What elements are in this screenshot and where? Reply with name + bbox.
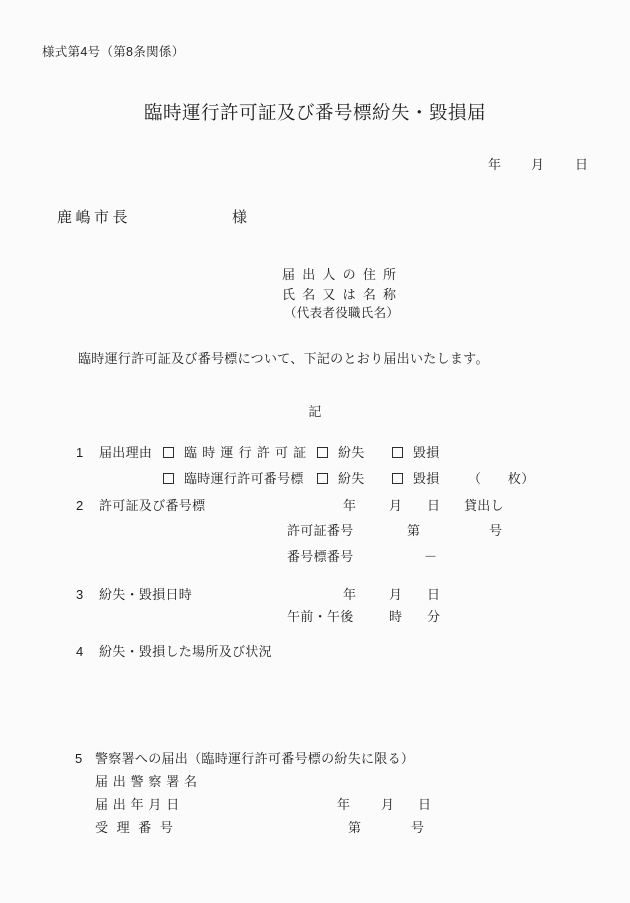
date-month-label: 月 <box>531 157 544 172</box>
item5-number: 5 <box>75 751 83 766</box>
item1-row1-option2-label: 紛失 <box>338 445 365 460</box>
body-text: 臨時運行許可証及び番号標について、下記のとおり届出いたします。 <box>78 351 489 366</box>
item3-hour-label: 時 <box>389 609 402 624</box>
item4-number: 4 <box>76 644 84 659</box>
item5-day-label: 日 <box>418 797 431 812</box>
item1-row1-option1-label: 臨 時 運 行 許 可 証 <box>184 445 307 460</box>
item2-year-label: 年 <box>343 498 356 513</box>
applicant-address-label: 届 出 人 の 住 所 <box>282 267 398 282</box>
item2-day-label: 日 <box>427 498 440 513</box>
item3-ampm-label: 午前・午後 <box>287 609 354 624</box>
item1-row1-option3-label: 毀損 <box>413 445 440 460</box>
item2-number: 2 <box>76 498 84 513</box>
item3-year-label: 年 <box>343 587 356 602</box>
item3-minute-label: 分 <box>427 609 440 624</box>
checkbox-icon <box>317 447 328 458</box>
item2-permit-number-label: 許可証番号 <box>287 523 354 538</box>
item3-month-label: 月 <box>389 587 402 602</box>
item2-plate-number-label: 番号標番号 <box>287 549 354 564</box>
item3-day-label: 日 <box>427 587 440 602</box>
item1-label: 届出理由 <box>99 445 152 460</box>
item1-row2-option2-label: 紛失 <box>338 471 365 486</box>
checkbox-icon <box>163 447 174 458</box>
item3-number: 3 <box>76 587 84 602</box>
form-page: 様式第4号（第8条関係） 臨時運行許可証及び番号標紛失・毀損届 年 月 日 鹿嶋… <box>0 0 630 903</box>
item5-report-date-label: 届 出 年 月 日 <box>95 797 180 812</box>
checkbox-icon <box>392 473 403 484</box>
item5-police-station-label: 届 出 警 察 署 名 <box>95 774 198 789</box>
form-number: 様式第4号（第8条関係） <box>42 45 185 60</box>
addressee-title: 鹿嶋市長 <box>57 210 131 225</box>
checkbox-icon <box>317 473 328 484</box>
form-title: 臨時運行許可証及び番号標紛失・毀損届 <box>0 102 630 124</box>
item2-permit-number-prefix: 第 <box>407 523 420 538</box>
item3-label: 紛失・毀損日時 <box>99 587 192 602</box>
item1-row2-count-suffix: （ 枚） <box>468 471 535 486</box>
item1-row2-option1-label: 臨時運行許可番号標 <box>184 471 304 486</box>
item5-receipt-number-label: 受 理 番 号 <box>95 820 175 835</box>
applicant-name-label: 氏 名 又 は 名 称 <box>282 287 398 302</box>
applicant-representative-label: （代表者役職氏名） <box>284 306 399 321</box>
item2-label: 許可証及び番号標 <box>99 498 205 513</box>
item2-month-label: 月 <box>389 498 402 513</box>
checkbox-icon <box>392 447 403 458</box>
addressee-honorific: 様 <box>232 210 247 225</box>
date-year-label: 年 <box>488 157 501 172</box>
item5-receipt-number-prefix: 第 <box>348 820 361 835</box>
item2-permit-number-suffix: 号 <box>489 523 502 538</box>
item2-lend-label: 貸出し <box>464 498 504 513</box>
item5-receipt-number-suffix: 号 <box>411 820 424 835</box>
item5-month-label: 月 <box>381 797 394 812</box>
item4-label: 紛失・毀損した場所及び状況 <box>99 644 272 659</box>
item1-row2-option3-label: 毀損 <box>413 471 440 486</box>
checkbox-icon <box>163 473 174 484</box>
item1-number: 1 <box>76 445 84 460</box>
item5-label: 警察署への届出（臨時運行許可番号標の紛失に限る） <box>95 751 414 766</box>
item2-plate-number-dash: － <box>424 549 437 564</box>
record-marker: 記 <box>0 404 630 419</box>
item5-year-label: 年 <box>337 797 350 812</box>
date-day-label: 日 <box>575 157 588 172</box>
